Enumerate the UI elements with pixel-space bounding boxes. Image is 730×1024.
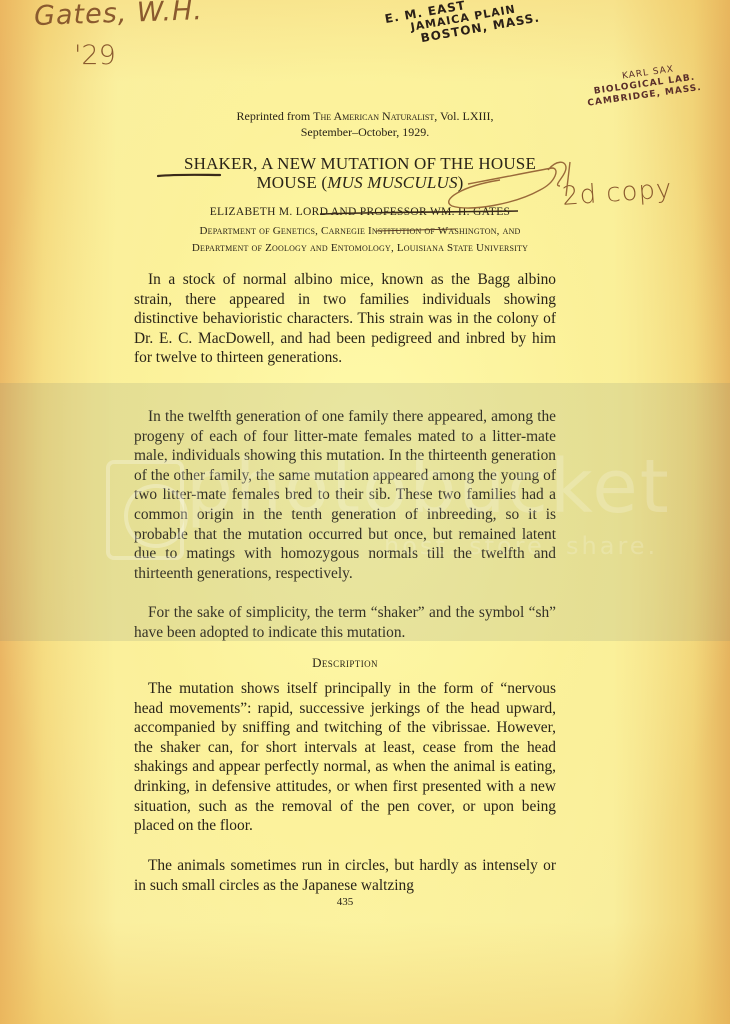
paragraph-text: The mutation shows itself principally in… (134, 679, 556, 836)
title-suffix: ) (458, 173, 464, 192)
camera-icon (106, 460, 184, 560)
title-line-2: MOUSE (MUS MUSCULUS) (130, 173, 590, 192)
affiliation-line-1: Department of Genetics, Carnegie Institu… (118, 223, 602, 240)
watermark-brand: photobucket (186, 450, 671, 524)
reprint-line-1: Reprinted from The American Naturalist, … (140, 108, 590, 124)
description-paragraph-1: The mutation shows itself principally in… (134, 679, 556, 836)
page-number: 435 (134, 896, 556, 908)
species-name: MUS MUSCULUS (327, 173, 457, 192)
affiliation-line-2: Department of Zoology and Entomology, Lo… (118, 240, 602, 257)
watermark-tagline: host. store. share. (384, 532, 658, 560)
paragraph-text: The animals sometimes run in circles, bu… (134, 856, 556, 895)
reprint-notice: Reprinted from The American Naturalist, … (140, 108, 590, 140)
title-prefix: MOUSE ( (256, 173, 327, 192)
section-heading-description: Description (134, 655, 556, 671)
description-paragraph-2: The animals sometimes run in circles, bu… (134, 856, 556, 895)
reprint-prefix: Reprinted from (237, 109, 314, 123)
title-line-1: SHAKER, A NEW MUTATION OF THE HOUSE (130, 154, 590, 173)
article-authors: ELIZABETH M. LORD AND PROFESSOR WM. H. G… (130, 206, 590, 218)
handwritten-year-note: '29 (74, 40, 116, 71)
article-title: SHAKER, A NEW MUTATION OF THE HOUSE MOUS… (130, 154, 590, 192)
body-paragraph-1: In a stock of normal albino mice, known … (134, 270, 556, 368)
author-affiliations: Department of Genetics, Carnegie Institu… (118, 223, 602, 257)
reprint-volume: , Vol. LXIII, (434, 109, 493, 123)
reprint-line-2: September–October, 1929. (140, 124, 590, 140)
journal-name: The American Naturalist (313, 109, 434, 123)
paragraph-text: In a stock of normal albino mice, known … (134, 270, 556, 368)
